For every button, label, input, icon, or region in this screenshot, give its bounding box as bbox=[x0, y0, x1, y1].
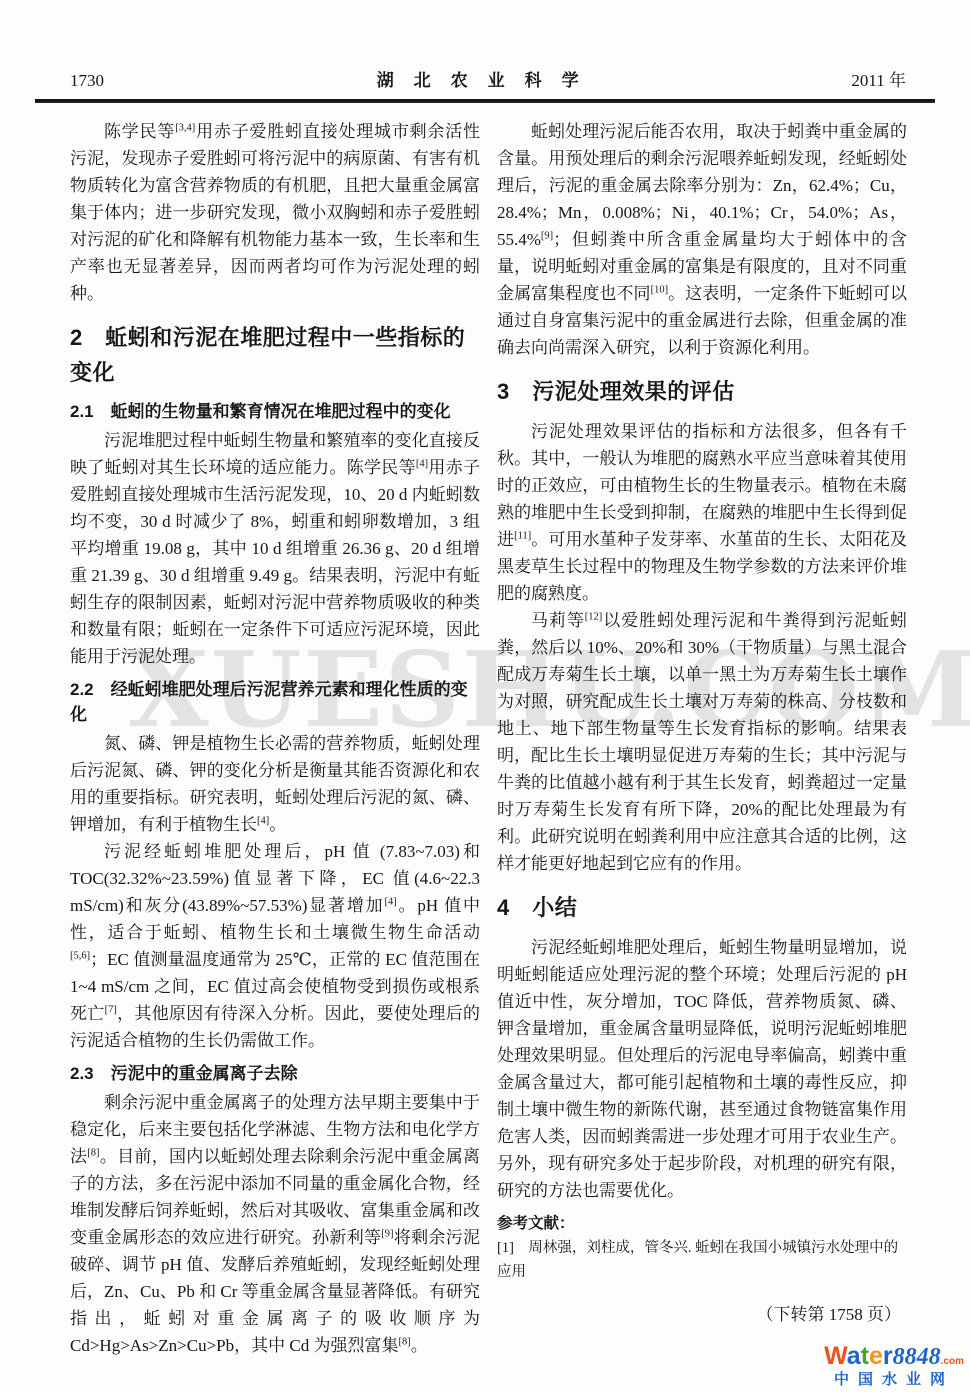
citation-marker: [4] bbox=[416, 458, 428, 469]
continuation-note: （下转第 1758 页） bbox=[497, 1300, 907, 1325]
reference-item-1: [1] 周林强，刘柱成，管冬兴. 蚯蚓在我国小城镇污水处理中的应用 bbox=[497, 1236, 907, 1284]
paragraph-3-b: 马莉等[12]以爱胜蚓处理污泥和牛粪得到污泥蚯蚓粪，然后以 10%、20%和 3… bbox=[497, 607, 907, 877]
citation-marker: [9] bbox=[381, 1228, 393, 1239]
paragraph-3-a: 污泥处理效果评估的指标和方法很多，但各有千秋。其中，一般认为堆肥的腐熟水平应当意… bbox=[497, 418, 907, 607]
logo-letter: W bbox=[824, 1342, 847, 1370]
paragraph-2-3: 剩余污泥中重金属离子的处理方法早期主要集中于稳定化，后来主要包括化学淋滤、生物方… bbox=[70, 1089, 480, 1359]
page-number: 1730 bbox=[70, 71, 104, 91]
citation-marker: [7] bbox=[105, 1004, 117, 1015]
logo-letter: a bbox=[847, 1342, 861, 1370]
journal-page: XUESHU.COM 1730 湖北农业科学 2011 年 陈学民等[3,4]用… bbox=[0, 0, 970, 1392]
issue-year: 2011 年 bbox=[851, 66, 906, 91]
page-header: 1730 湖北农业科学 2011 年 bbox=[70, 66, 906, 91]
logo-letter: e bbox=[869, 1342, 883, 1370]
header-rule bbox=[35, 99, 935, 103]
logo-letter: r bbox=[883, 1342, 893, 1370]
left-column: 陈学民等[3,4]用赤子爱胜蚓直接处理城市剩余活性污泥，发现赤子爱胜蚓可将污泥中… bbox=[70, 118, 480, 1392]
right-column: 蚯蚓处理污泥后能否农用，取决于蚓粪中重金属的含量。用预处理后的剩余污泥喂养蚯蚓发… bbox=[497, 118, 907, 1392]
section-2-1-heading: 2.1 蚯蚓的生物量和繁育情况在堆肥过程中的变化 bbox=[70, 399, 480, 424]
paragraph-2-1: 污泥堆肥过程中蚯蚓生物量和繁殖率的变化直接反映了蚯蚓对其生长环境的适应能力。陈学… bbox=[70, 427, 480, 670]
section-2-heading: 2 蚯蚓和污泥在堆肥过程中一些指标的变化 bbox=[70, 320, 480, 390]
logo-site-name: 中国水业网 bbox=[824, 1372, 964, 1388]
section-3-heading: 3 污泥处理效果的评估 bbox=[497, 374, 907, 409]
citation-marker: [11] bbox=[514, 530, 531, 541]
journal-title: 湖北农业科学 bbox=[377, 66, 599, 91]
paragraph-2-2-b: 污泥经蚯蚓堆肥处理后，pH 值 (7.83~7.03)和 TOC(32.32%~… bbox=[70, 838, 480, 1054]
section-4-heading: 4 小结 bbox=[497, 890, 907, 925]
section-2-2-heading: 2.2 经蚯蚓堆肥处理后污泥营养元素和理化性质的变化 bbox=[70, 677, 480, 727]
logo-letter: t bbox=[861, 1342, 869, 1370]
paragraph-intro: 陈学民等[3,4]用赤子爱胜蚓直接处理城市剩余活性污泥，发现赤子爱胜蚓可将污泥中… bbox=[70, 118, 480, 307]
citation-marker: [4] bbox=[257, 815, 269, 826]
citation-marker: [12] bbox=[585, 611, 603, 622]
paragraph-summary: 污泥经蚯蚓堆肥处理后，蚯蚓生物量明显增加，说明蚯蚓能适应处理污泥的整个环境；处理… bbox=[497, 934, 907, 1204]
citation-marker: [9] bbox=[541, 230, 553, 241]
paragraph-2-2-a: 氮、磷、钾是植物生长必需的营养物质，蚯蚓处理后污泥氮、磷、钾的变化分析是衡量其能… bbox=[70, 730, 480, 838]
citation-marker: [8] bbox=[398, 1336, 410, 1347]
citation-marker: [5,6] bbox=[70, 950, 90, 961]
section-2-3-heading: 2.3 污泥中的重金属离子去除 bbox=[70, 1061, 480, 1086]
water8848-wordmark: Water8848.com bbox=[824, 1343, 964, 1370]
logo-number: 8848 bbox=[893, 1344, 941, 1370]
citation-marker: [4] bbox=[384, 896, 396, 907]
citation-marker: [8] bbox=[87, 1147, 99, 1158]
citation-marker: [10] bbox=[651, 284, 669, 295]
logo-dotcom: .com bbox=[941, 1356, 964, 1367]
paragraph-heavy-metal-removal: 蚯蚓处理污泥后能否农用，取决于蚓粪中重金属的含量。用预处理后的剩余污泥喂养蚯蚓发… bbox=[497, 118, 907, 361]
water8848-logo: Water8848.com 中国水业网 bbox=[824, 1343, 964, 1388]
citation-marker: [3,4] bbox=[175, 122, 195, 133]
page-body: 陈学民等[3,4]用赤子爱胜蚓直接处理城市剩余活性污泥，发现赤子爱胜蚓可将污泥中… bbox=[70, 118, 908, 1392]
references-heading: 参考文献： bbox=[497, 1212, 907, 1236]
